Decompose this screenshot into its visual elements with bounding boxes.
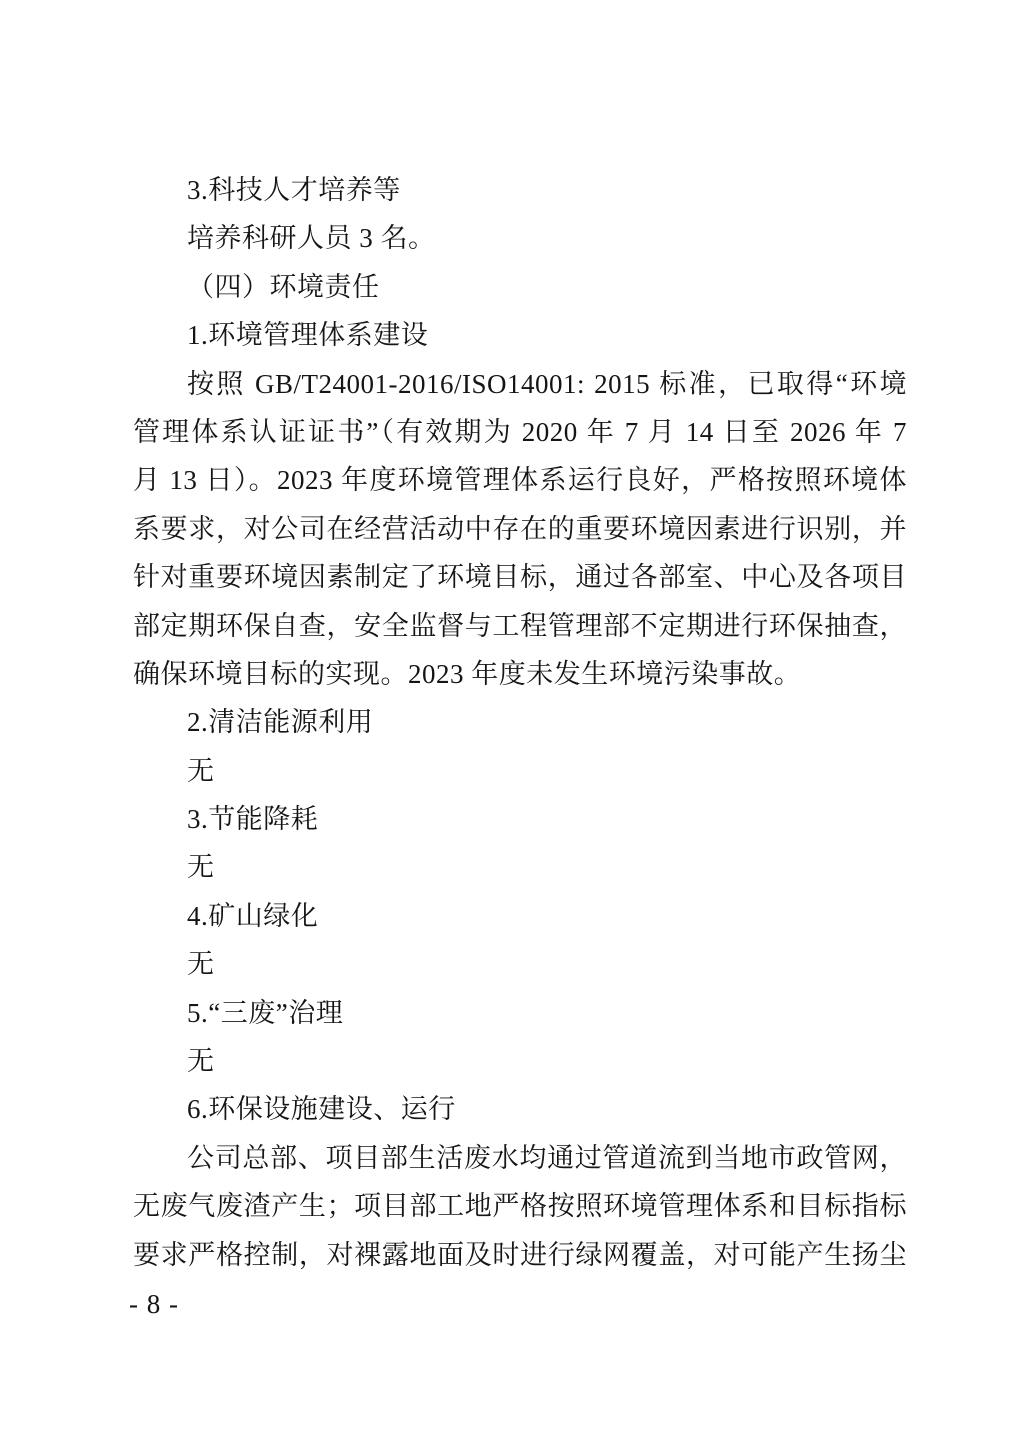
paragraph-line: 月 13 日）。2023 年度环境管理体系运行良好，严格按照环境体 (133, 456, 907, 504)
document-page: 3.科技人才培养等 培养科研人员 3 名。 （四）环境责任 1.环境管理体系建设… (0, 0, 1024, 1448)
paragraph-line: 管理体系认证证书”（有效期为 2020 年 7 月 14 日至 2026 年 7 (133, 408, 907, 456)
paragraph-none-value: 无 (133, 843, 907, 891)
list-item-heading-mine-greening: 4.矿山绿化 (133, 892, 907, 940)
paragraph-line: 按照 GB/T24001-2016/ISO14001: 2015 标准，已取得“… (133, 360, 907, 408)
list-item-heading-three-wastes: 5.“三废”治理 (133, 989, 907, 1037)
paragraph-line: 部定期环保自查，安全监督与工程管理部不定期进行环保抽查， (133, 602, 907, 650)
paragraph-line: 要求严格控制，对裸露地面及时进行绿网覆盖，对可能产生扬尘 (133, 1231, 907, 1279)
paragraph-line: 无废气废渣产生；项目部工地严格按照环境管理体系和目标指标 (133, 1182, 907, 1230)
paragraph-talent-training: 培养科研人员 3 名。 (133, 214, 907, 262)
list-item-heading-clean-energy: 2.清洁能源利用 (133, 698, 907, 746)
document-body: 3.科技人才培养等 培养科研人员 3 名。 （四）环境责任 1.环境管理体系建设… (133, 166, 907, 1279)
paragraph-line: 公司总部、项目部生活废水均通过管道流到当地市政管网， (133, 1134, 907, 1182)
list-item-heading-env-management-system: 1.环境管理体系建设 (133, 311, 907, 359)
list-item-heading-talent-training: 3.科技人才培养等 (133, 166, 907, 214)
page-number: - 8 - (129, 1284, 179, 1324)
paragraph-line: 系要求，对公司在经营活动中存在的重要环境因素进行识别，并 (133, 505, 907, 553)
paragraph-none-value: 无 (133, 1037, 907, 1085)
section-heading-environment-responsibility: （四）环境责任 (133, 263, 907, 311)
paragraph-line: 确保环境目标的实现。2023 年度未发生环境污染事故。 (133, 650, 907, 698)
paragraph-none-value: 无 (133, 747, 907, 795)
paragraph-none-value: 无 (133, 940, 907, 988)
paragraph-line: 针对重要环境因素制定了环境目标，通过各部室、中心及各项目 (133, 553, 907, 601)
list-item-heading-env-facilities: 6.环保设施建设、运行 (133, 1085, 907, 1133)
list-item-heading-energy-saving: 3.节能降耗 (133, 795, 907, 843)
